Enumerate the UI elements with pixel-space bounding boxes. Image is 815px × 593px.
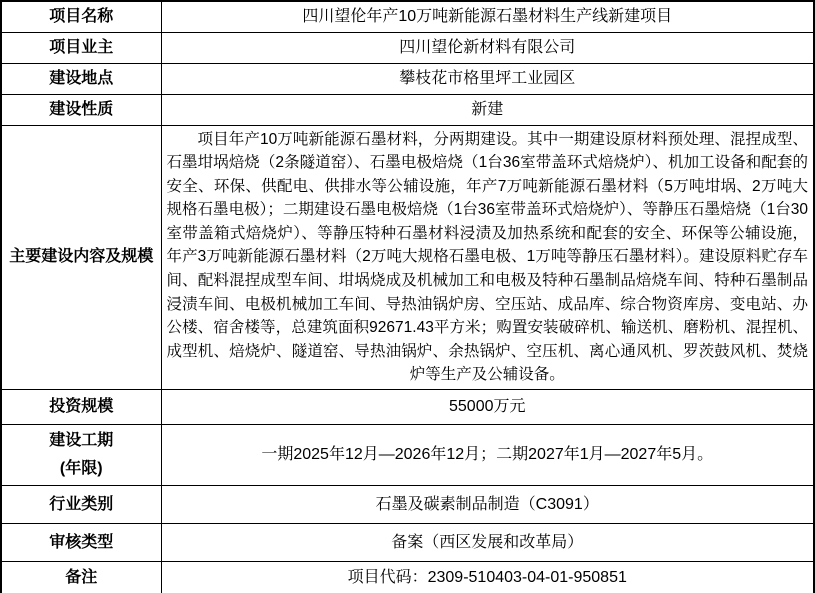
row-investment-scale: 投资规模 55000万元 [1, 390, 814, 425]
row-project-name: 项目名称 四川望伦年产10万吨新能源石墨材料生产线新建项目 [1, 1, 814, 32]
row-label: 项目名称 [1, 1, 161, 32]
row-value: 55000万元 [161, 390, 814, 425]
row-construction-nature: 建设性质 新建 [1, 94, 814, 125]
row-construction-site: 建设地点 攀枝花市格里坪工业园区 [1, 63, 814, 94]
row-project-owner: 项目业主 四川望伦新材料有限公司 [1, 32, 814, 63]
row-value: 项目年产10万吨新能源石墨材料，分两期建设。其中一期建设原材料预处理、混捏成型、… [161, 125, 814, 390]
row-remarks: 备注 项目代码：2309-510403-04-01-950851 [1, 562, 814, 593]
row-label: 主要建设内容及规模 [1, 125, 161, 390]
row-label-line1: 建设工期 [6, 427, 157, 455]
row-value: 新建 [161, 94, 814, 125]
row-value: 一期2025年12月—2026年12月；二期2027年1月—2027年5月。 [161, 425, 814, 486]
row-label: 建设工期 (年限) [1, 425, 161, 486]
project-info-table: 项目名称 四川望伦年产10万吨新能源石墨材料生产线新建项目 项目业主 四川望伦新… [0, 0, 815, 593]
row-label: 建设地点 [1, 63, 161, 94]
row-label: 行业类别 [1, 486, 161, 524]
row-value: 项目代码：2309-510403-04-01-950851 [161, 562, 814, 593]
row-value: 四川望伦年产10万吨新能源石墨材料生产线新建项目 [161, 1, 814, 32]
row-review-type: 审核类型 备案（西区发展和改革局） [1, 524, 814, 562]
row-value: 四川望伦新材料有限公司 [161, 32, 814, 63]
row-label: 备注 [1, 562, 161, 593]
row-main-content-and-scale: 主要建设内容及规模 项目年产10万吨新能源石墨材料，分两期建设。其中一期建设原材… [1, 125, 814, 390]
row-label: 审核类型 [1, 524, 161, 562]
row-label: 投资规模 [1, 390, 161, 425]
row-label-line2: (年限) [6, 455, 157, 483]
row-construction-period: 建设工期 (年限) 一期2025年12月—2026年12月；二期2027年1月—… [1, 425, 814, 486]
row-value: 备案（西区发展和改革局） [161, 524, 814, 562]
row-label: 建设性质 [1, 94, 161, 125]
row-label: 项目业主 [1, 32, 161, 63]
row-value: 石墨及碳素制品制造（C3091） [161, 486, 814, 524]
row-industry-category: 行业类别 石墨及碳素制品制造（C3091） [1, 486, 814, 524]
row-value: 攀枝花市格里坪工业园区 [161, 63, 814, 94]
